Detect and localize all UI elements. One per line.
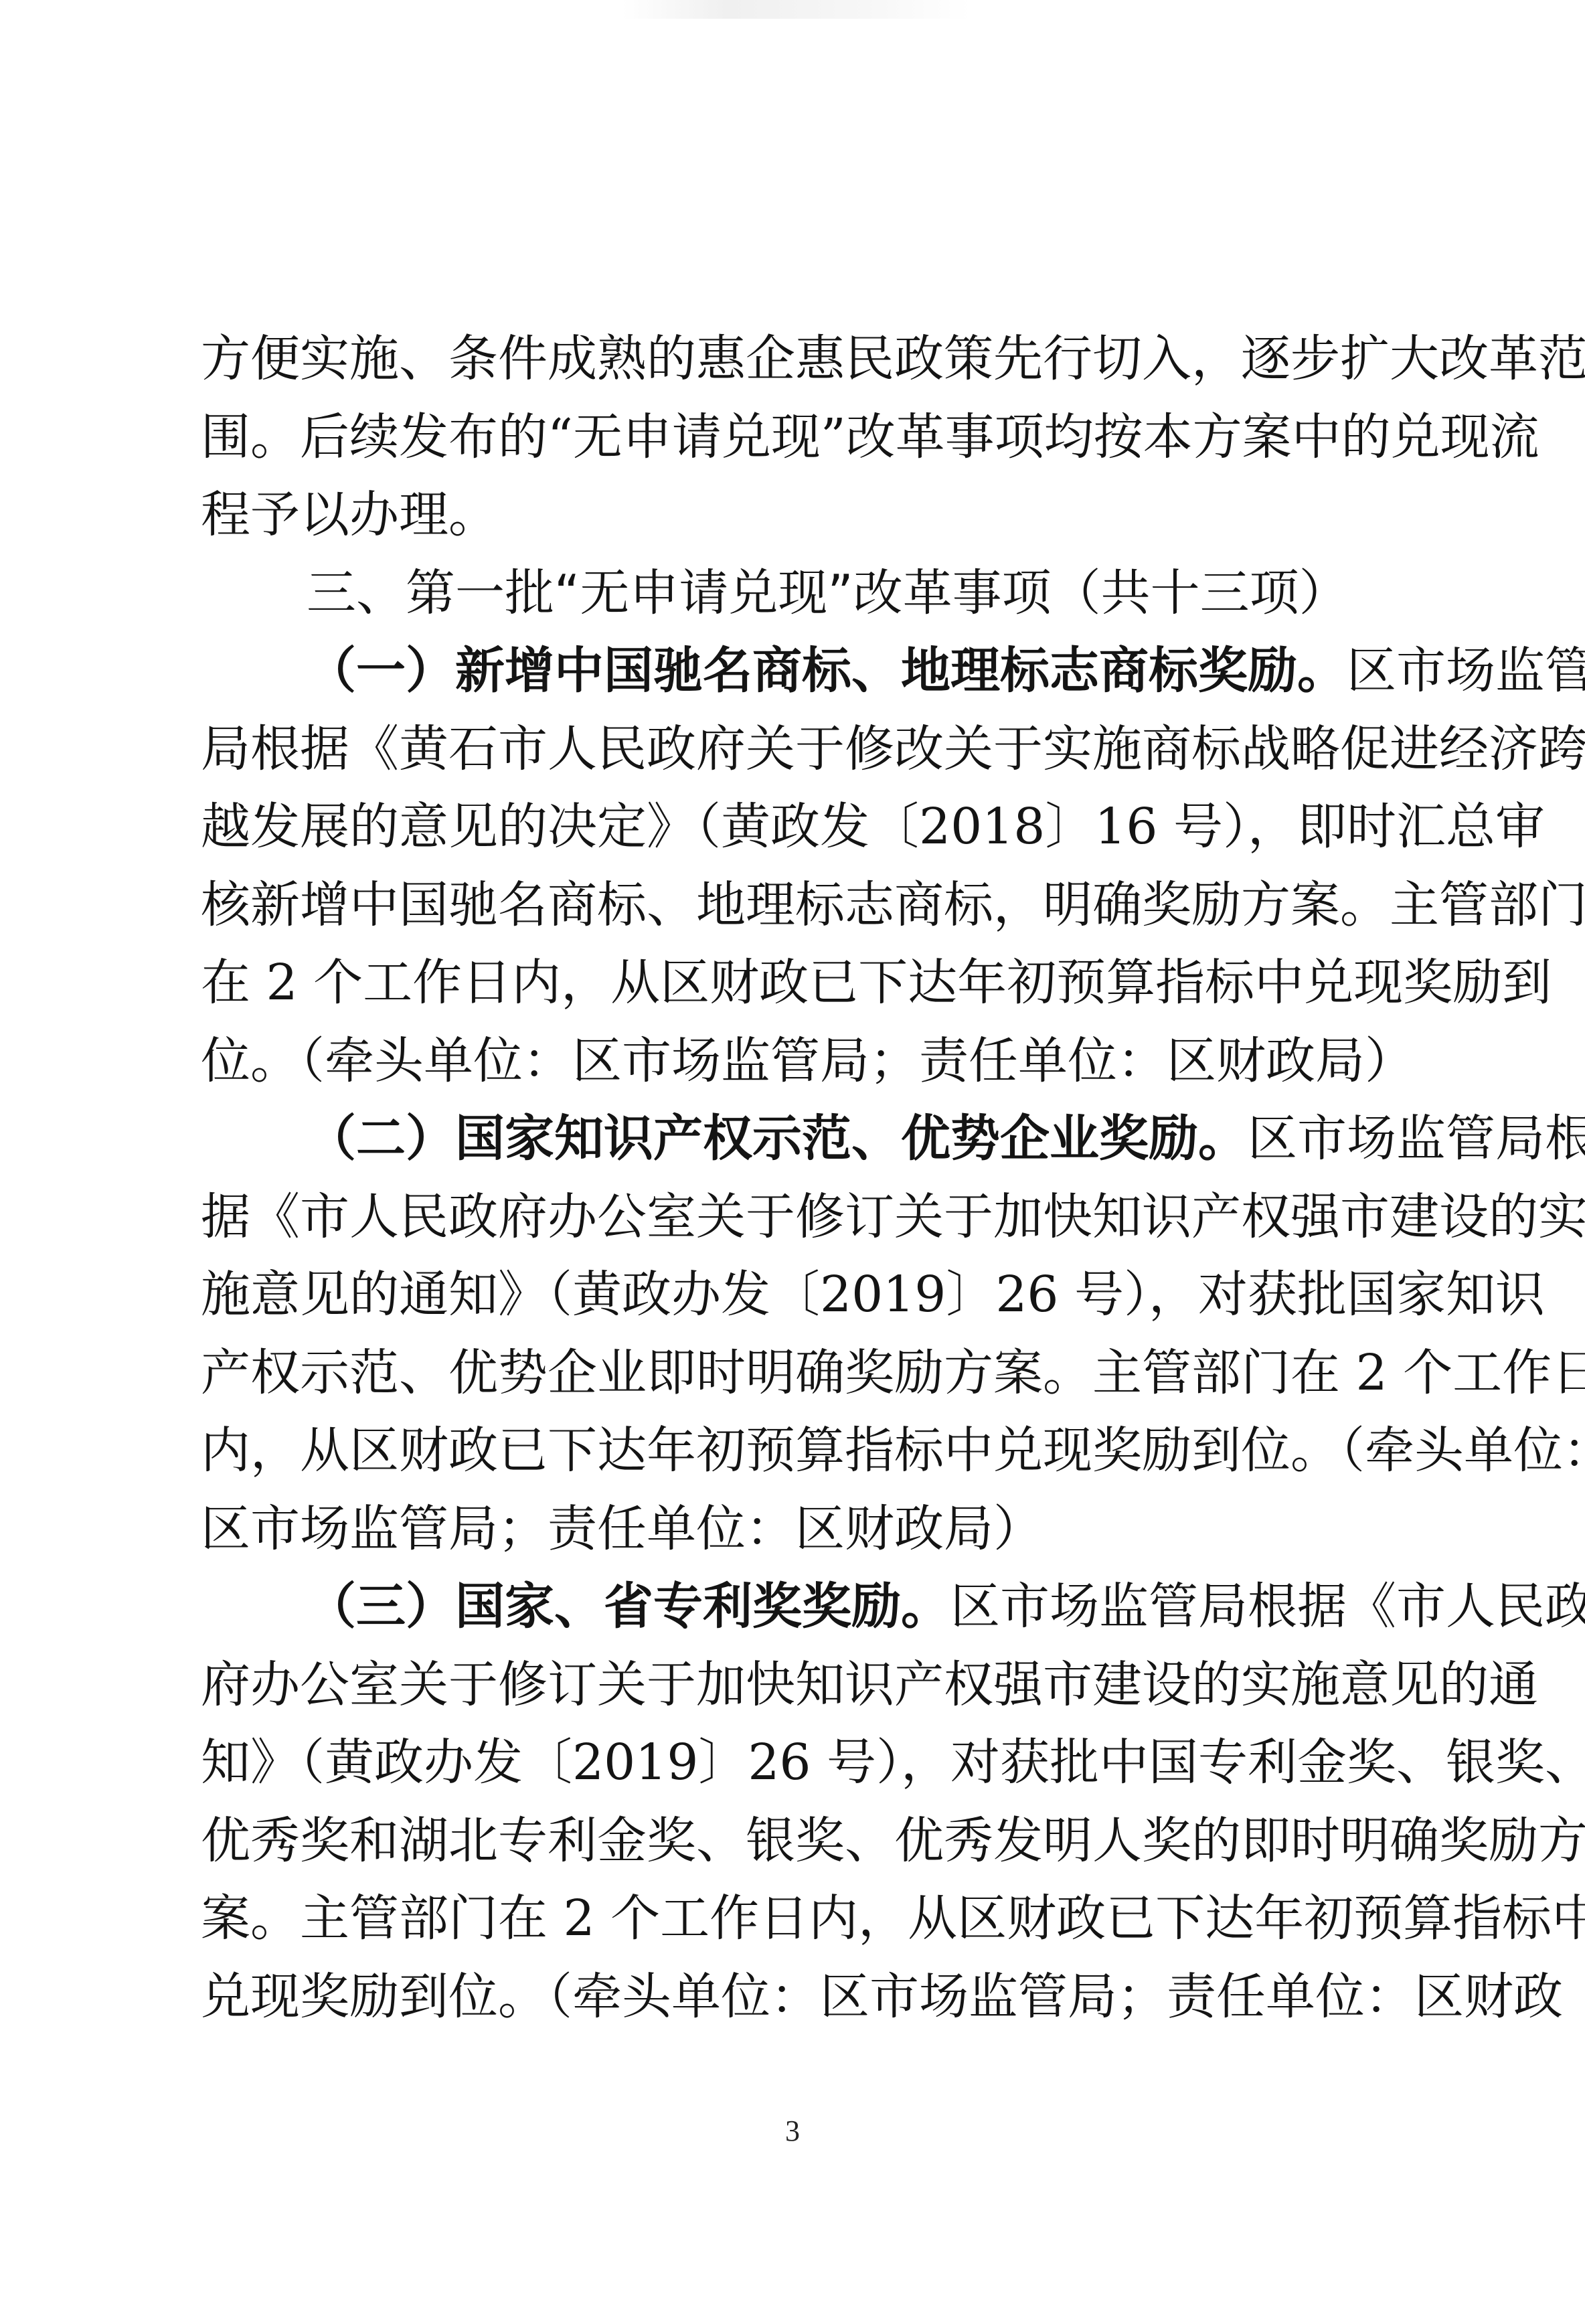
item-first-line: （三）国家、省专利奖奖励。区市场监管局根据《市人民政 [201,1568,1392,1646]
item-text: 区市场监管局根 [1248,1110,1585,1167]
text-line: 位。（牵头单位：区市场监管局；责任单位：区财政局） [201,1022,1392,1100]
text-line: 据《市人民政府办公室关于修订关于加快知识产权强市建设的实 [201,1178,1392,1256]
paragraph-item-1: （一）新增中国驰名商标、地理标志商标奖励。区市场监管 局根据《黄石市人民政府关于… [201,632,1392,1100]
text-line: 施意见的通知》（黄政办发〔2019〕26 号），对获批国家知识 [201,1256,1392,1334]
text-line: 知》（黄政办发〔2019〕26 号），对获批中国专利金奖、银奖、 [201,1724,1392,1802]
text-line: 兑现奖励到位。（牵头单位：区市场监管局；责任单位：区财政 [201,1958,1392,2036]
item-title: （二）国家知识产权示范、优势企业奖励。 [307,1110,1248,1167]
text-line: 越发展的意见的决定》（黄政发〔2018〕16 号），即时汇总审 [201,788,1392,866]
text-line: 在 2 个工作日内，从区财政已下达年初预算指标中兑现奖励到 [201,944,1392,1022]
text-line: 优秀奖和湖北专利金奖、银奖、优秀发明人奖的即时明确奖励方 [201,1802,1392,1880]
text-line: 区市场监管局；责任单位：区财政局） [201,1490,1392,1568]
text-line: 案。主管部门在 2 个工作日内，从区财政已下达年初预算指标中 [201,1880,1392,1958]
paragraph-item-3: （三）国家、省专利奖奖励。区市场监管局根据《市人民政 府办公室关于修订关于加快知… [201,1568,1392,2036]
item-first-line: （一）新增中国驰名商标、地理标志商标奖励。区市场监管 [201,632,1392,710]
item-title: （一）新增中国驰名商标、地理标志商标奖励。 [307,642,1347,699]
document-body: 方便实施、条件成熟的惠企惠民政策先行切入，逐步扩大改革范 围。后续发布的“无申请… [201,320,1392,2036]
text-line: 围。后续发布的“无申请兑现”改革事项均按本方案中的兑现流 [201,398,1392,477]
scan-artifact [622,0,971,19]
text-line: 局根据《黄石市人民政府关于修改关于实施商标战略促进经济跨 [201,710,1392,788]
item-text: 区市场监管 [1347,642,1585,699]
text-line: 府办公室关于修订关于加快知识产权强市建设的实施意见的通 [201,1646,1392,1724]
text-line: 程予以办理。 [201,476,1392,554]
item-first-line: （二）国家知识产权示范、优势企业奖励。区市场监管局根 [201,1100,1392,1178]
item-title: （三）国家、省专利奖奖励。 [307,1578,950,1635]
page-number: 3 [0,2114,1585,2148]
text-line: 方便实施、条件成熟的惠企惠民政策先行切入，逐步扩大改革范 [201,320,1392,398]
text-line: 产权示范、优势企业即时明确奖励方案。主管部门在 2 个工作日 [201,1334,1392,1412]
section-heading: 三、第一批“无申请兑现”改革事项（共十三项） [201,554,1392,633]
paragraph-continuation: 方便实施、条件成熟的惠企惠民政策先行切入，逐步扩大改革范 围。后续发布的“无申请… [201,320,1392,554]
item-text: 区市场监管局根据《市人民政 [950,1578,1585,1635]
text-line: 内，从区财政已下达年初预算指标中兑现奖励到位。（牵头单位： [201,1412,1392,1490]
paragraph-item-2: （二）国家知识产权示范、优势企业奖励。区市场监管局根 据《市人民政府办公室关于修… [201,1100,1392,1568]
text-line: 核新增中国驰名商标、地理标志商标，明确奖励方案。主管部门 [201,866,1392,944]
